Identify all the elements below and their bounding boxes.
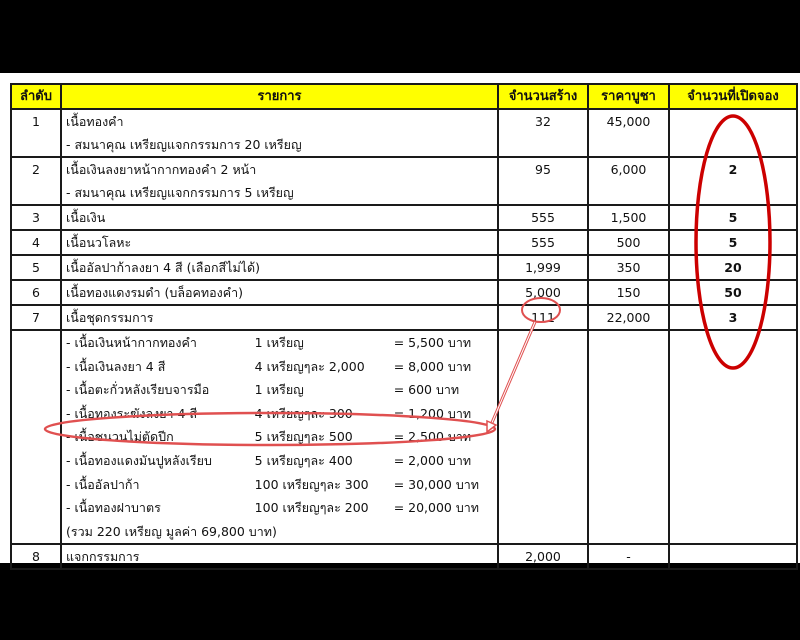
row-price: 1,500 bbox=[588, 205, 669, 230]
header-no: ลำดับ bbox=[11, 84, 61, 109]
amulet-table: ลำดับ รายการ จำนวนสร้าง ราคาบูชา จำนวนที… bbox=[10, 83, 798, 570]
row-price: 500 bbox=[588, 230, 669, 255]
row-number: 1 bbox=[11, 109, 61, 157]
set-item-count: 5 เหรียญๆละ 400 bbox=[255, 449, 394, 473]
set-item: - เนื้อชนวนไม่ตัดปีก5 เหรียญๆละ 500= 2,5… bbox=[66, 425, 493, 449]
row-qty: 95 bbox=[498, 157, 588, 205]
set-item: - เนื้อเงินลงยา 4 สี4 เหรียญๆละ 2,000= 8… bbox=[66, 355, 493, 379]
set-item-total: = 30,000 บาท bbox=[394, 473, 493, 497]
row-qty: 111 bbox=[498, 305, 588, 330]
row-price: 45,000 bbox=[588, 109, 669, 157]
set-item-total: = 600 บาท bbox=[394, 378, 493, 402]
set-item-name: - เนื้อทองฝาบาตร bbox=[66, 496, 255, 520]
row-number: 8 bbox=[11, 544, 61, 569]
set-item: - เนื้อตะกั่วหลังเรียบจารมือ1 เหรียญ= 60… bbox=[66, 378, 493, 402]
row-price: - bbox=[588, 544, 669, 569]
set-items-row: - เนื้อเงินหน้ากากทองคำ1 เหรียญ= 5,500 บ… bbox=[11, 330, 797, 544]
document-sheet: ลำดับ รายการ จำนวนสร้าง ราคาบูชา จำนวนที… bbox=[0, 73, 800, 563]
set-item-total: = 2,500 บาท bbox=[394, 425, 493, 449]
set-item-count: 100 เหรียญๆละ 200 bbox=[255, 496, 394, 520]
row-open: 5 bbox=[669, 230, 797, 255]
row-open: 2 bbox=[669, 157, 797, 205]
set-item-total: = 1,200 บาท bbox=[394, 402, 493, 426]
row-number: 6 bbox=[11, 280, 61, 305]
set-item-count: 4 เหรียญๆละ 300 bbox=[255, 402, 394, 426]
row-price: 6,000 bbox=[588, 157, 669, 205]
row-item: เนื้อเงิน bbox=[61, 205, 498, 230]
header-price: ราคาบูชา bbox=[588, 84, 669, 109]
header-item: รายการ bbox=[61, 84, 498, 109]
set-item: - เนื้ออัลปาก้า100 เหรียญๆละ 300= 30,000… bbox=[66, 473, 493, 497]
row-number: 5 bbox=[11, 255, 61, 280]
item-line: เนื้อทองแดงรมดำ (บล็อคทองคำ) bbox=[66, 281, 493, 304]
set-item-count: 4 เหรียญๆละ 2,000 bbox=[255, 355, 394, 379]
set-item: - เนื้อทองแดงมันปูหลังเรียบ5 เหรียญๆละ 4… bbox=[66, 449, 493, 473]
row-item: เนื้อทองคำ- สมนาคุณ เหรียญแจกกรรมการ 20 … bbox=[61, 109, 498, 157]
set-item-count: 1 เหรียญ bbox=[255, 378, 394, 402]
row-item: แจกกรรมการ bbox=[61, 544, 498, 569]
set-item-total: = 2,000 บาท bbox=[394, 449, 493, 473]
row-item: เนื้อชุดกรรมการ bbox=[61, 305, 498, 330]
item-line: เนื้อเงินลงยาหน้ากากทองคำ 2 หน้า bbox=[66, 158, 493, 181]
set-item-name: - เนื้อทองแดงมันปูหลังเรียบ bbox=[66, 449, 255, 473]
row-qty: 555 bbox=[498, 230, 588, 255]
row-open: 5 bbox=[669, 205, 797, 230]
item-line: เนื้อชุดกรรมการ bbox=[66, 306, 493, 329]
item-line: เนื้อนวโลหะ bbox=[66, 231, 493, 254]
table-row: 5เนื้ออัลปาก้าลงยา 4 สี (เลือกสีไม่ได้)1… bbox=[11, 255, 797, 280]
set-item-name: - เนื้อเงินหน้ากากทองคำ bbox=[66, 331, 255, 355]
header-row: ลำดับ รายการ จำนวนสร้าง ราคาบูชา จำนวนที… bbox=[11, 84, 797, 109]
table-row: 2เนื้อเงินลงยาหน้ากากทองคำ 2 หน้า- สมนาค… bbox=[11, 157, 797, 205]
set-items: - เนื้อเงินหน้ากากทองคำ1 เหรียญ= 5,500 บ… bbox=[61, 330, 498, 544]
row-item: เนื้อนวโลหะ bbox=[61, 230, 498, 255]
row-item: เนื้ออัลปาก้าลงยา 4 สี (เลือกสีไม่ได้) bbox=[61, 255, 498, 280]
row-open bbox=[669, 109, 797, 157]
row-item: เนื้อเงินลงยาหน้ากากทองคำ 2 หน้า- สมนาคุ… bbox=[61, 157, 498, 205]
row-qty: 5,000 bbox=[498, 280, 588, 305]
table-row: 1เนื้อทองคำ- สมนาคุณ เหรียญแจกกรรมการ 20… bbox=[11, 109, 797, 157]
set-item-count: 1 เหรียญ bbox=[255, 331, 394, 355]
set-item-total: = 8,000 บาท bbox=[394, 355, 493, 379]
item-line: - สมนาคุณ เหรียญแจกกรรมการ 20 เหรียญ bbox=[66, 133, 493, 156]
row-number: 4 bbox=[11, 230, 61, 255]
row-open: 20 bbox=[669, 255, 797, 280]
row-qty: 1,999 bbox=[498, 255, 588, 280]
row-open: 50 bbox=[669, 280, 797, 305]
table-row: 4เนื้อนวโลหะ5555005 bbox=[11, 230, 797, 255]
item-line: - สมนาคุณ เหรียญแจกกรรมการ 5 เหรียญ bbox=[66, 181, 493, 204]
row-open: 3 bbox=[669, 305, 797, 330]
row-qty: 32 bbox=[498, 109, 588, 157]
set-item-total: = 5,500 บาท bbox=[394, 331, 493, 355]
set-item-count: 5 เหรียญๆละ 500 bbox=[255, 425, 394, 449]
set-item: - เนื้อทองระฆังลงยา 4 สี4 เหรียญๆละ 300=… bbox=[66, 402, 493, 426]
set-item-count: 100 เหรียญๆละ 300 bbox=[255, 473, 394, 497]
item-line: เนื้ออัลปาก้าลงยา 4 สี (เลือกสีไม่ได้) bbox=[66, 256, 493, 279]
set-item: - เนื้อเงินหน้ากากทองคำ1 เหรียญ= 5,500 บ… bbox=[66, 331, 493, 355]
row-qty: 555 bbox=[498, 205, 588, 230]
set-summary: (รวม 220 เหรียญ มูลค่า 69,800 บาท) bbox=[66, 520, 493, 544]
table-row: 3เนื้อเงิน5551,5005 bbox=[11, 205, 797, 230]
row-price: 350 bbox=[588, 255, 669, 280]
table-row: 8แจกกรรมการ2,000- bbox=[11, 544, 797, 569]
row-number: 7 bbox=[11, 305, 61, 330]
set-item-name: - เนื้อชนวนไม่ตัดปีก bbox=[66, 425, 255, 449]
item-line: เนื้อเงิน bbox=[66, 206, 493, 229]
set-item-name: - เนื้ออัลปาก้า bbox=[66, 473, 255, 497]
set-item-name: - เนื้อเงินลงยา 4 สี bbox=[66, 355, 255, 379]
row-item: เนื้อทองแดงรมดำ (บล็อคทองคำ) bbox=[61, 280, 498, 305]
row-price: 22,000 bbox=[588, 305, 669, 330]
row-number: 2 bbox=[11, 157, 61, 205]
set-item-name: - เนื้อตะกั่วหลังเรียบจารมือ bbox=[66, 378, 255, 402]
set-item: - เนื้อทองฝาบาตร100 เหรียญๆละ 200= 20,00… bbox=[66, 496, 493, 520]
set-item-total: = 20,000 บาท bbox=[394, 496, 493, 520]
table-row: 6เนื้อทองแดงรมดำ (บล็อคทองคำ)5,00015050 bbox=[11, 280, 797, 305]
row-number bbox=[11, 330, 61, 544]
row-price: 150 bbox=[588, 280, 669, 305]
header-open: จำนวนที่เปิดจอง bbox=[669, 84, 797, 109]
set-item-name: - เนื้อทองระฆังลงยา 4 สี bbox=[66, 402, 255, 426]
header-qty: จำนวนสร้าง bbox=[498, 84, 588, 109]
table-row: 7เนื้อชุดกรรมการ11122,0003 bbox=[11, 305, 797, 330]
row-qty: 2,000 bbox=[498, 544, 588, 569]
item-line: เนื้อทองคำ bbox=[66, 110, 493, 133]
row-number: 3 bbox=[11, 205, 61, 230]
row-open bbox=[669, 544, 797, 569]
